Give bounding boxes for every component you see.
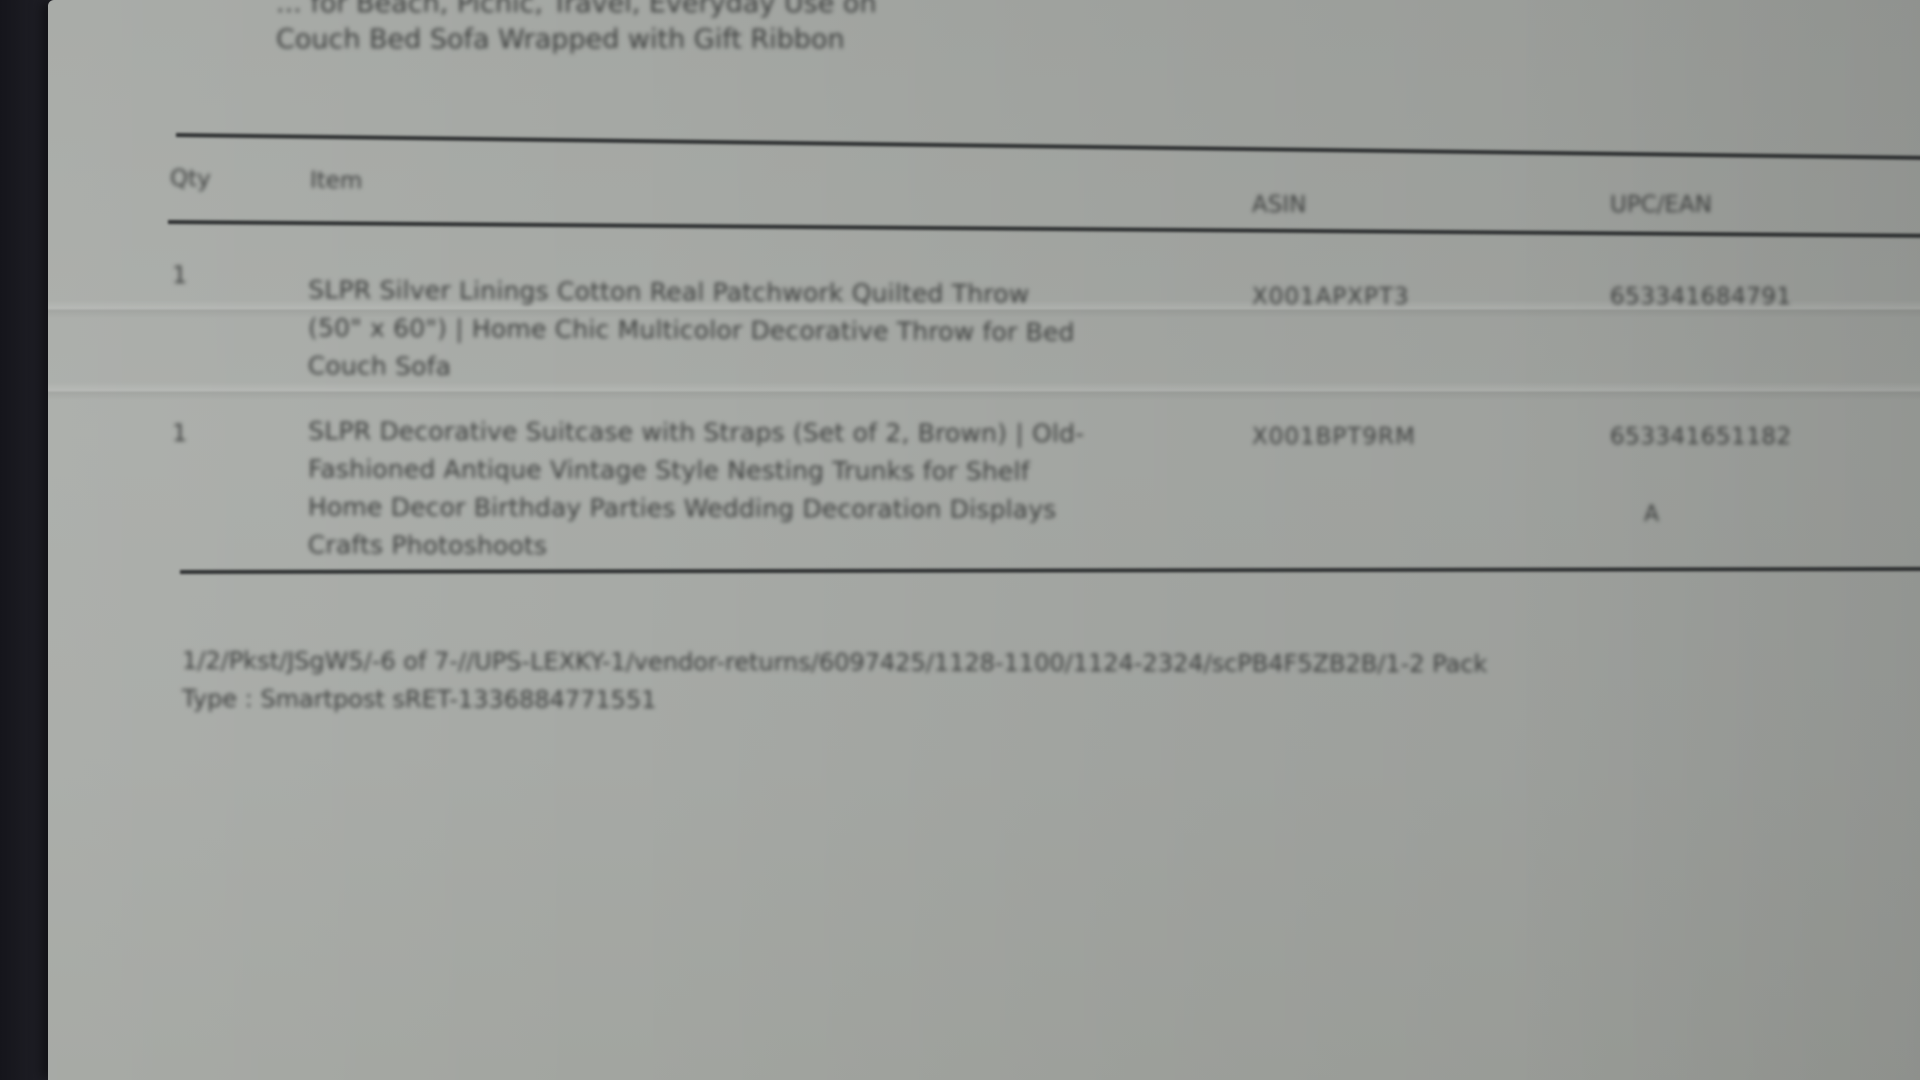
row1-upc-ean: 653341684791	[1610, 278, 1792, 316]
column-header-item: Item	[310, 162, 363, 201]
item-line: SLPR Decorative Suitcase with Straps (Se…	[308, 412, 1248, 453]
paper-shadow	[1500, 0, 1920, 1080]
continued-item-text: ... for Beach, Picnic, Travel, Everyday …	[276, 0, 1276, 58]
item-line: SLPR Silver Linings Cotton Real Patchwor…	[308, 271, 1248, 315]
item-line: Home Decor Birthday Parties Wedding Deco…	[308, 488, 1248, 529]
continued-line: Couch Bed Sofa Wrapped with Gift Ribbon	[276, 22, 1276, 58]
item-line: (50" x 60") | Home Chic Multicolor Decor…	[308, 309, 1248, 353]
footer-line: 1/2/Pkst/JSgW5/-6 of 7-//UPS-LEXKY-1/ven…	[182, 642, 1920, 685]
row1-item-description: SLPR Silver Linings Cotton Real Patchwor…	[308, 271, 1249, 391]
continued-line: ... for Beach, Picnic, Travel, Everyday …	[276, 0, 1276, 22]
row2-asin: X001BPT9RM	[1252, 418, 1416, 456]
column-header-asin: ASIN	[1252, 186, 1306, 224]
row2-upc-ean: 653341651182	[1610, 418, 1792, 456]
row1-asin: X001APXPT3	[1252, 278, 1410, 316]
shipment-routing-footer: 1/2/Pkst/JSgW5/-6 of 7-//UPS-LEXKY-1/ven…	[182, 642, 1920, 723]
table-bottom-rule	[180, 567, 1920, 574]
footer-line: Type : Smartpost sRET-1336884771551	[182, 680, 1920, 723]
row1-qty: 1	[172, 256, 187, 294]
item-line: Crafts Photoshoots	[308, 526, 1248, 567]
photo-scene: ... for Beach, Picnic, Travel, Everyday …	[0, 0, 1920, 1080]
column-header-qty: Qty	[170, 160, 211, 199]
row2-upc-extra-mark: A	[1644, 496, 1659, 534]
row2-qty: 1	[172, 414, 187, 452]
item-line: Couch Sofa	[308, 347, 1248, 391]
table-top-rule	[176, 133, 1920, 160]
column-header-upc-ean: UPC/EAN	[1610, 186, 1712, 224]
item-line: Fashioned Antique Vintage Style Nesting …	[308, 450, 1248, 491]
packing-slip-paper: ... for Beach, Picnic, Travel, Everyday …	[48, 0, 1920, 1080]
row2-item-description: SLPR Decorative Suitcase with Straps (Se…	[308, 412, 1249, 567]
